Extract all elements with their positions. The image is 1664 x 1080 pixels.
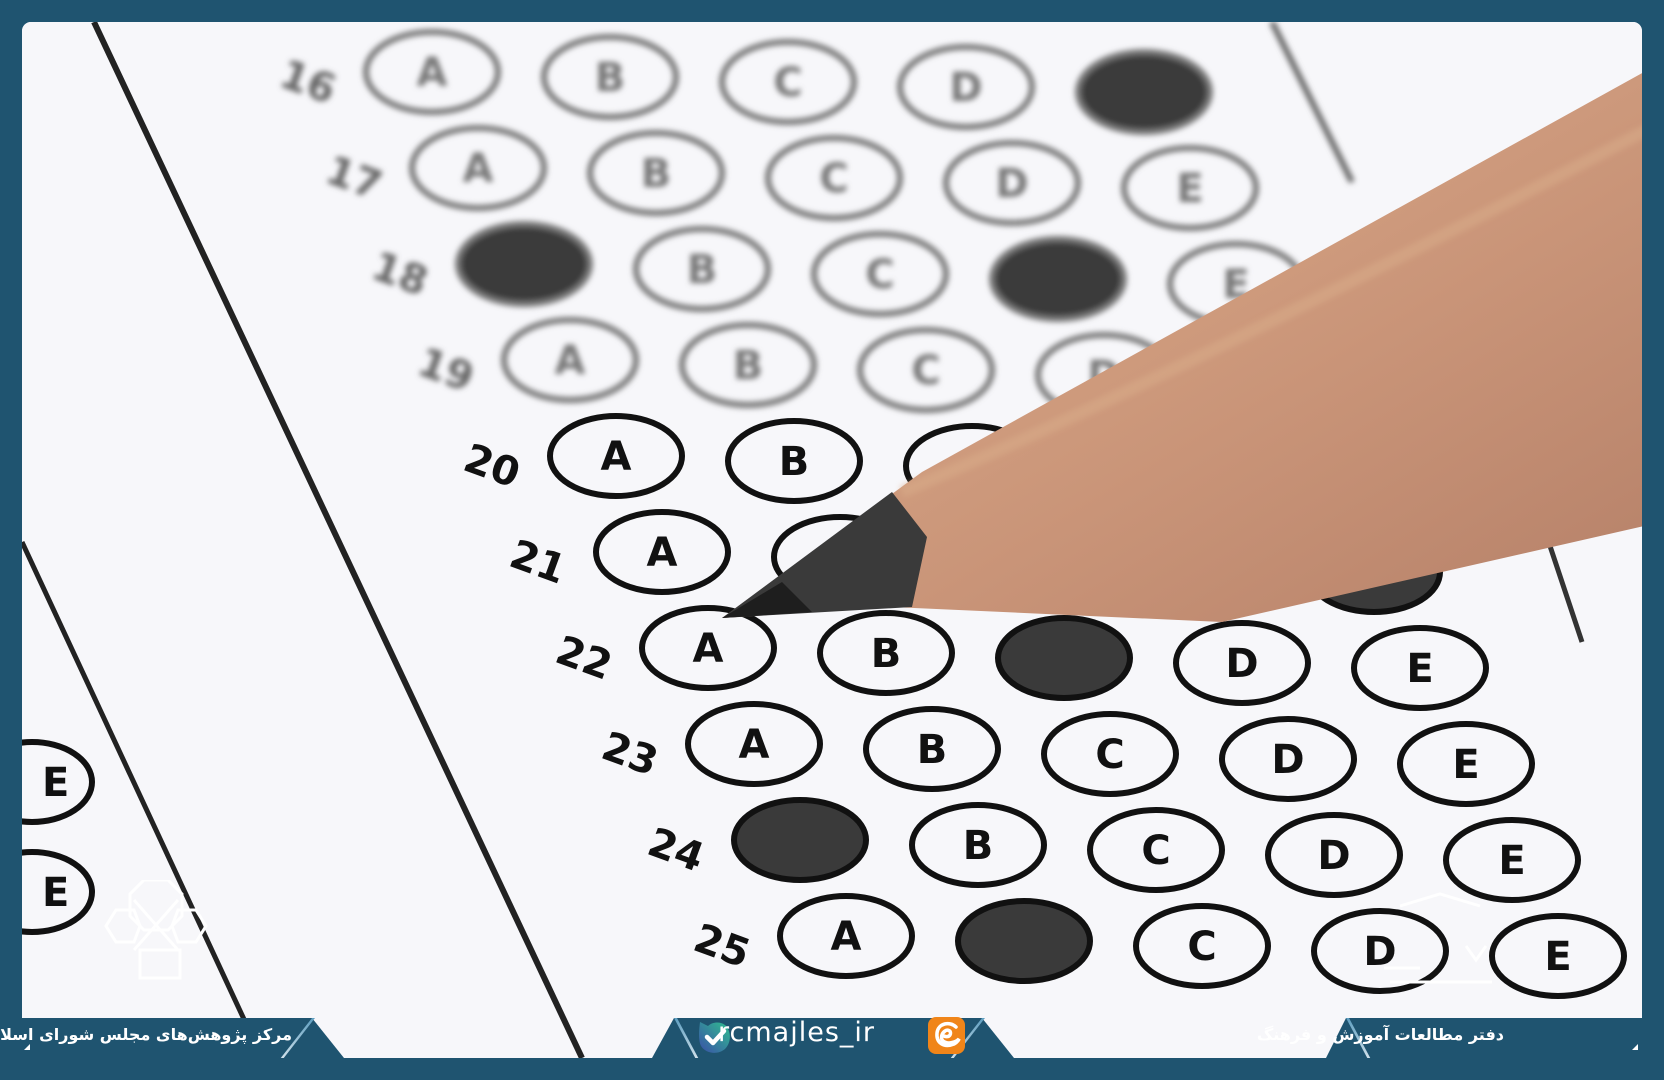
bubble-letter: C xyxy=(819,156,848,202)
bubble-letter: E xyxy=(1498,838,1525,884)
bubble-letter: C xyxy=(865,252,894,298)
footer-bar xyxy=(0,1058,1664,1080)
bubble-letter: A xyxy=(647,530,678,576)
bubble-letter: B xyxy=(733,343,764,389)
bubble-letter: D xyxy=(1225,641,1258,687)
bubble-letter: A xyxy=(463,146,494,192)
bubble-letter: B xyxy=(963,823,994,869)
social-handle[interactable]: rcmajles_ir xyxy=(718,1017,875,1048)
bubble-letter: E xyxy=(42,760,69,806)
bubble-letter: A xyxy=(555,338,586,384)
bubble-letter: B xyxy=(871,631,902,677)
filled-bubble xyxy=(734,800,866,880)
bubble-letter: C xyxy=(1095,732,1124,778)
bubble-letter: B xyxy=(595,55,626,101)
majles-research-logo xyxy=(104,880,208,980)
filled-bubble xyxy=(998,618,1130,698)
bubble-letter: C xyxy=(1141,828,1170,874)
filled-bubble xyxy=(992,239,1124,319)
bubble-letter: A xyxy=(601,434,632,480)
bubble-letter: D xyxy=(995,161,1028,207)
filled-bubble xyxy=(958,901,1090,981)
organization-name-label: مرکز پژوهش‌های مجلس شورای اسلامی xyxy=(40,1025,292,1044)
corner-mark xyxy=(24,1044,30,1050)
bubble-letter: B xyxy=(779,439,810,485)
bubble-letter: E xyxy=(1452,742,1479,788)
office-name-label: دفتر مطالعات آموزش و فرهنگ xyxy=(1257,1025,1504,1044)
bubble-letter: A xyxy=(831,914,862,960)
bubble-letter: D xyxy=(1317,833,1350,879)
bubble-letter: B xyxy=(641,151,672,197)
education-office-logo xyxy=(1380,886,1500,986)
bubble-letter: E xyxy=(1176,166,1203,212)
filled-bubble xyxy=(458,224,590,304)
bubble-letter: A xyxy=(739,722,770,768)
bubble-letter: B xyxy=(687,247,718,293)
bubble-letter: E xyxy=(42,870,69,916)
bubble-letter: D xyxy=(1271,737,1304,783)
corner-mark xyxy=(1632,1044,1638,1050)
bubble-letter: C xyxy=(911,348,940,394)
filled-bubble xyxy=(1078,52,1210,132)
bubble-letter: A xyxy=(417,50,448,96)
bubble-letter: C xyxy=(1187,924,1216,970)
bubble-letter: E xyxy=(1406,646,1433,692)
bubble-letter: A xyxy=(693,626,724,672)
bubble-letter: D xyxy=(949,65,982,111)
bubble-letter: E xyxy=(1544,934,1571,980)
eitaa-icon xyxy=(928,1017,965,1054)
bubble-letter: B xyxy=(917,727,948,773)
bubble-letter: C xyxy=(773,60,802,106)
